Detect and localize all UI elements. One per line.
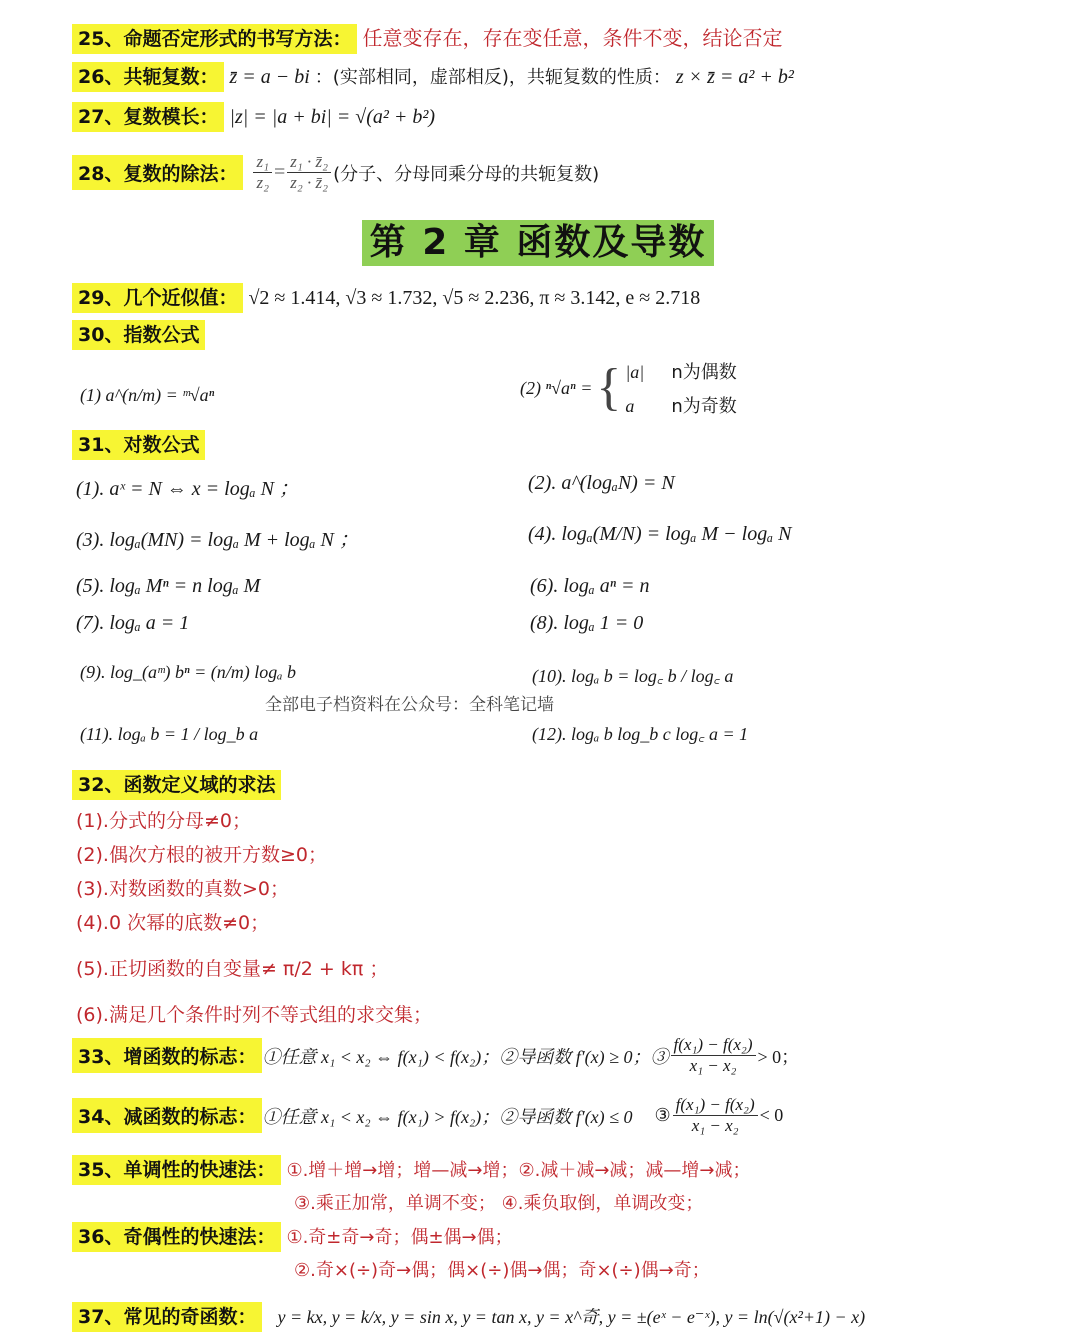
item-27-label: 27、复数模长： xyxy=(72,102,224,132)
item-25-label: 25、命题否定形式的书写方法： xyxy=(72,24,357,54)
item-25: 25、命题否定形式的书写方法： 任意变存在，存在变任意，条件不变，结论否定 xyxy=(72,22,782,51)
item-33-text: ①任意 x₁ < x₂ ⇔ f(x₁) < f(x₂)；②导函数 f′(x) ≥… xyxy=(262,1043,668,1069)
log-formula-7: (7). logₐ a = 1 xyxy=(76,612,189,635)
log-formula-2: (2). a^(logₐN) = N xyxy=(528,472,675,495)
item-34-fraction: f(x₁) − f(x₂) x₁ − x₂ xyxy=(673,1095,758,1136)
log-formula-3: (3). logₐ(MN) = logₐ M + logₐ N ； xyxy=(76,523,359,552)
log-formula-1: (1). aˣ = N ⇔ x = logₐ N ； xyxy=(76,472,299,501)
item-29-formula: √2 ≈ 1.414, √3 ≈ 1.732, √5 ≈ 2.236, π ≈ … xyxy=(248,287,700,309)
log-formula-12: (12). logₐ b log_b c log꜀ a = 1 xyxy=(532,722,748,746)
log-formula-11: (11). logₐ b = 1 / log_b a xyxy=(80,724,258,745)
item-34: 34、减函数的标志： ①任意 x₁ < x₂ ⇔ f(x₁) > f(x₂)；②… xyxy=(72,1095,783,1136)
exponent-formula-1: (1) a^(n/m) = ᵐ√aⁿ xyxy=(80,385,214,406)
item-26: 26、共轭复数： z̄ = a − bi ：(实部相同，虚部相反)，共轭复数的性… xyxy=(72,62,794,89)
item-36-line2: ②.奇×(÷)奇→偶；偶×(÷)偶→偶；奇×(÷)偶→奇； xyxy=(294,1256,710,1282)
item-25-text: 任意变存在，存在变任意，条件不变，结论否定 xyxy=(362,26,782,50)
item-26-formula: z̄ = a − bi xyxy=(229,66,309,88)
item-27: 27、复数模长： |z| = |a + bi| = √(a² + b²) xyxy=(72,102,435,129)
item-35-label: 35、单调性的快速法： xyxy=(72,1155,281,1185)
item-37-text: y = kx, y = k/x, y = sin x, y = tan x, y… xyxy=(277,1307,865,1327)
domain-rule-5: (5).正切函数的自变量≠ π/2 + kπ ； xyxy=(76,954,388,981)
item-28-rhs-fraction: z₁ · z̄₂ z₂ · z̄₂ xyxy=(287,152,331,193)
item-31: 31、对数公式 xyxy=(72,430,205,457)
item-27-formula: |z| = |a + bi| = √(a² + b²) xyxy=(229,106,435,128)
item-34-text: ①任意 x₁ < x₂ ⇔ f(x₁) > f(x₂)；②导函数 f′(x) ≤… xyxy=(262,1103,632,1129)
item-35-line1: ①.增＋增→增；增—减→增；②.减＋减→减；减—增→减； xyxy=(286,1160,750,1181)
item-26-text: ：(实部相同，虚部相反)，共轭复数的性质： xyxy=(315,67,671,88)
log-formula-9: (9). log_(aᵐ) bⁿ = (n/m) logₐ b xyxy=(80,662,296,683)
item-32-label: 32、函数定义域的求法 xyxy=(72,770,281,800)
item-35-line2: ③.乘正加常，单调不变； ④.乘负取倒，单调改变； xyxy=(294,1189,703,1215)
domain-rule-4: (4).0 次幂的底数≠0； xyxy=(76,908,269,935)
item-36-label: 36、奇偶性的快速法： xyxy=(72,1222,281,1252)
exponent-formula-2: (2) ⁿ√aⁿ = { |a|n为偶数 an为奇数 xyxy=(520,358,737,418)
item-33: 33、增函数的标志： ①任意 x₁ < x₂ ⇔ f(x₁) < f(x₂)；②… xyxy=(72,1035,799,1076)
log-formula-5: (5). logₐ Mⁿ = n logₐ M xyxy=(76,575,260,598)
item-35: 35、单调性的快速法： ①.增＋增→增；增—减→增；②.减＋减→减；减—增→减； xyxy=(72,1155,751,1182)
item-28: 28、复数的除法： z₁ z₂ = z₁ · z̄₂ z₂ · z̄₂ (分子、… xyxy=(72,152,599,193)
item-28-lhs-fraction: z₁ z₂ xyxy=(253,152,272,193)
item-34-label: 34、减函数的标志： xyxy=(72,1098,262,1133)
log-formula-10: (10). logₐ b = log꜀ b / log꜀ a xyxy=(532,664,733,688)
item-26-formula2: z × z̄ = a² + b² xyxy=(676,66,794,88)
item-29: 29、几个近似值： √2 ≈ 1.414, √3 ≈ 1.732, √5 ≈ 2… xyxy=(72,283,700,310)
item-28-text: (分子、分母同乘分母的共轭复数) xyxy=(333,160,599,186)
watermark-text: 全部电子档资料在公众号：全科笔记墙 xyxy=(265,690,554,715)
log-formula-4: (4). logₐ(M/N) = logₐ M − logₐ N xyxy=(528,523,791,546)
item-37: 37、常见的奇函数： y = kx, y = k/x, y = sin x, y… xyxy=(72,1302,865,1329)
item-30: 30、指数公式 xyxy=(72,320,205,347)
item-36: 36、奇偶性的快速法： ①.奇±奇→奇；偶±偶→偶； xyxy=(72,1222,513,1249)
log-formula-8: (8). logₐ 1 = 0 xyxy=(530,612,643,635)
item-26-label: 26、共轭复数： xyxy=(72,62,224,92)
chapter-title: 第 2 章 函数及导数 xyxy=(362,220,714,266)
item-36-line1: ①.奇±奇→奇；偶±偶→偶； xyxy=(286,1227,512,1248)
item-37-label: 37、常见的奇函数： xyxy=(72,1302,262,1332)
item-30-label: 30、指数公式 xyxy=(72,320,205,350)
item-28-label: 28、复数的除法： xyxy=(72,155,243,190)
item-32: 32、函数定义域的求法 xyxy=(72,770,281,797)
log-formula-6: (6). logₐ aⁿ = n xyxy=(530,575,650,598)
domain-rule-6: (6).满足几个条件时列不等式组的求交集； xyxy=(76,1000,432,1027)
domain-rule-3: (3).对数函数的真数>0； xyxy=(76,874,289,901)
item-29-label: 29、几个近似值： xyxy=(72,283,243,313)
item-33-fraction: f(x₁) − f(x₂) x₁ − x₂ xyxy=(671,1035,756,1076)
item-31-label: 31、对数公式 xyxy=(72,430,205,460)
item-33-label: 33、增函数的标志： xyxy=(72,1038,262,1073)
domain-rule-1: (1).分式的分母≠0； xyxy=(76,806,251,833)
domain-rule-2: (2).偶次方根的被开方数≥0； xyxy=(76,840,327,867)
